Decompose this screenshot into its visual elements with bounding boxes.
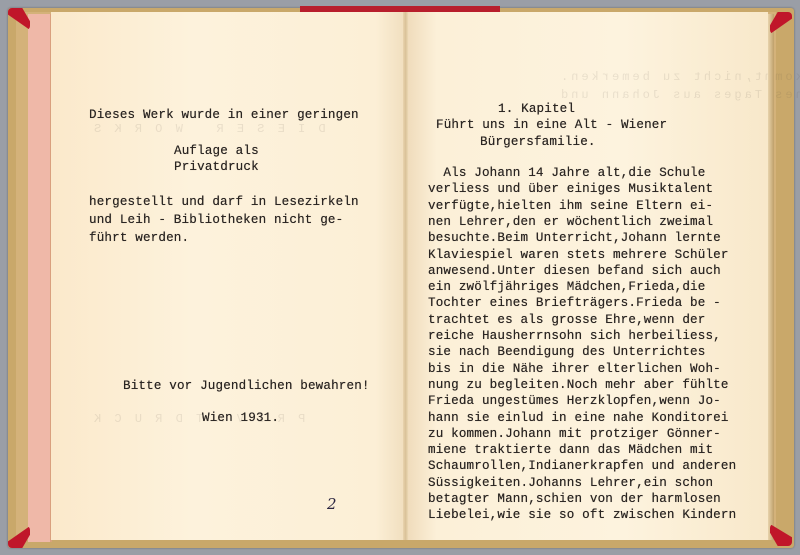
body-text-line: Liebelei,wie sie so oft zwischen Kindern [428, 506, 736, 525]
chapter-title-line-2: Bürgersfamilie. [480, 133, 596, 152]
page-fore-edge [768, 14, 774, 540]
right-page: vorkommt,nicht zu bemerken. Eines Tages … [408, 12, 768, 540]
notice-body-line: führt werden. [89, 229, 189, 248]
bleed-through-text: Eines Tages aus Johann und [558, 88, 800, 102]
youth-warning: Bitte vor Jugendlichen bewahren! [123, 377, 370, 396]
print-notice-line-1: Dieses Werk wurde in einer geringen [89, 106, 359, 125]
notice-body-line: hergestellt und darf in Lesezirkeln [89, 193, 359, 212]
print-notice-line-3: Privatdruck [174, 158, 259, 177]
notice-body-line: und Leih - Bibliotheken nicht ge- [89, 211, 343, 230]
bleed-through-text: vorkommt,nicht zu bemerken. [558, 70, 800, 84]
left-page: D I E S E R W O R K S P R I V A T D R U … [51, 12, 404, 540]
place-and-date: Wien 1931. [202, 409, 279, 428]
page-number: 2 [327, 495, 337, 513]
endpaper-strip [28, 14, 52, 542]
